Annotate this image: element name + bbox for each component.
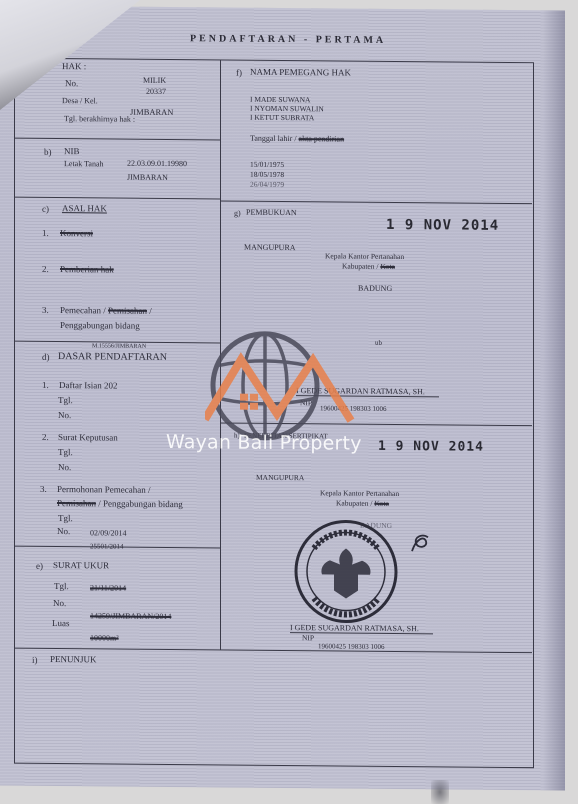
penerbitan-office-line2: Kabupaten / Kota [336,498,389,507]
penerbitan-nip-label: NIP [302,633,314,642]
location-label: Letak Tanah [64,159,104,168]
asal-item-2-text: Pemberian hak [60,264,114,274]
dasar-item-1-num: 1. [42,380,49,390]
desa-value: JIMBARAN [130,107,173,117]
pembukuan-date-stamp: 1 9 NOV 2014 [386,217,499,234]
birth-date-1: 15/01/1975 [250,160,284,169]
asal-item-3-line1: Pemecahan / Pemisahan / [60,305,152,316]
surat-ukur-label: SURAT UKUR [53,560,109,570]
section-f-marker: f) [236,68,242,78]
surat-ukur-tgl-label: Tgl. [54,581,69,591]
penunjuk-label: PENUNJUK [50,654,97,664]
surat-ukur-no-label: No. [53,598,66,608]
asal-item-2-num: 2. [42,264,49,274]
watermark-text: Wayan Bali Property [166,431,362,455]
asal-item-1-num: 1. [42,228,49,238]
asal-item-3-text-a: Pemecahan / [60,305,108,315]
dasar-item-3-no: No. [57,526,70,536]
holder-3: I KETUT SUBRATA [250,113,314,123]
pembukuan-office-line1: Kepala Kantor Pertanahan [325,251,404,261]
section-i-marker: i) [32,655,38,665]
desa-label: Desa / Kel. [62,96,98,105]
penerbitan-office-kab: Kabupaten / [336,498,374,507]
pembukuan-office-kab: Kabupaten / [342,262,380,271]
asal-item-3-num: 3. [42,305,49,315]
dasar-item-3-no-value: 02/09/2014 [90,528,126,537]
birth-label-struck: akta pendirian [299,134,345,143]
birth-label-line: Tanggal lahir / akta pendirian [250,134,344,144]
garuda-seal-icon [290,518,402,625]
section-d-marker: d) [42,352,50,362]
dasar-item-2-num: 2. [42,432,49,442]
pembukuan-label: PEMBUKUAN [246,208,297,217]
asal-footnote: M.15556/JIMBARAN [92,343,146,349]
asal-item-3-text-c: / [147,306,152,316]
pembukuan-region: BADUNG [358,284,392,293]
dasar-item-1-text: Daftar Isian 202 [59,380,117,391]
penerbitan-office-line1: Kepala Kantor Pertanahan [320,488,399,498]
birth-date-2: 18/05/1978 [250,170,284,179]
surat-ukur-no-value: 14259/JIMBARAN/2014 [90,611,171,621]
dasar-item-3-num: 3. [40,484,47,494]
dasar-item-2-no: No. [58,462,71,472]
asal-item-3-text-d: Penggabungan bidang [60,320,140,331]
pembukuan-place: MANGUPURA [244,243,296,252]
birth-date-3: 26/04/1979 [250,180,284,189]
penerbitan-date-stamp: 1 9 NOV 2014 [378,439,484,455]
certificate-page: PENDAFTARAN - PERTAMA HAK : MILIK No. 20… [0,6,565,791]
surat-ukur-tgl-value: 21/11/2014 [90,583,126,592]
hak-label: HAK : [62,61,86,71]
hak-no-label: No. [65,78,78,88]
dasar-item-1-no: No. [58,410,71,420]
dasar-item-3-tgl: Tgl. [58,513,73,523]
asal-item-3-text-b: Pemisahan [108,305,147,315]
nib-value: 22.03.09.01.19980 [127,159,187,169]
surat-ukur-luas-label: Luas [52,618,70,628]
pembukuan-office-kota: Kota [380,262,395,271]
dasar-item-3-text2-a: Pemisahan [57,498,96,508]
location-value: JIMBARAN [127,173,168,182]
expiry-label: Tgl. berakhirnya hak : [64,114,135,124]
hak-no-value: 20337 [146,87,166,96]
dasar-item-3-text2-b: / Penggabungan bidang [96,498,183,509]
asal-item-3-line2: Penggabungan bidang [60,320,140,331]
penerbitan-office-kota: Kota [374,499,389,508]
ink-smudge [431,780,449,804]
dasar-label: DASAR PENDAFTARAN [58,351,167,363]
section-b-marker: b) [44,147,52,157]
hak-type-value: MILIK [143,76,166,85]
section-c-marker: c) [42,204,49,214]
dasar-footnote: 25501/2014 [90,542,123,550]
dasar-item-2-text: Surat Keputusan [58,432,118,443]
pembukuan-ub: ub [375,339,382,347]
dasar-item-3-text: Permohonan Pemecahan / [57,484,150,495]
dasar-item-2-tgl: Tgl. [58,447,73,457]
signature-icon [404,529,434,559]
penerbitan-nip-value: 19600425 198303 1006 [318,642,385,651]
dasar-item-3-line2: Pemisahan / Penggabungan bidang [57,498,183,509]
asal-hak-label: ASAL HAK [62,203,107,213]
pemegang-label: NAMA PEMEGANG HAK [250,67,351,78]
section-g-marker: g) [234,209,241,218]
section-e-marker: e) [36,561,43,571]
surat-ukur-luas-value: 10000m² [90,633,119,642]
birth-label: Tanggal lahir / [250,134,299,143]
asal-item-1-text: Konversi [60,228,93,238]
nib-label: NIB [64,146,80,156]
pembukuan-office-line2: Kabupaten / Kota [342,262,395,271]
document-title: PENDAFTARAN - PERTAMA [190,33,386,46]
penerbitan-place: MANGUPURA [256,473,304,482]
dasar-item-1-tgl: Tgl. [58,395,73,405]
